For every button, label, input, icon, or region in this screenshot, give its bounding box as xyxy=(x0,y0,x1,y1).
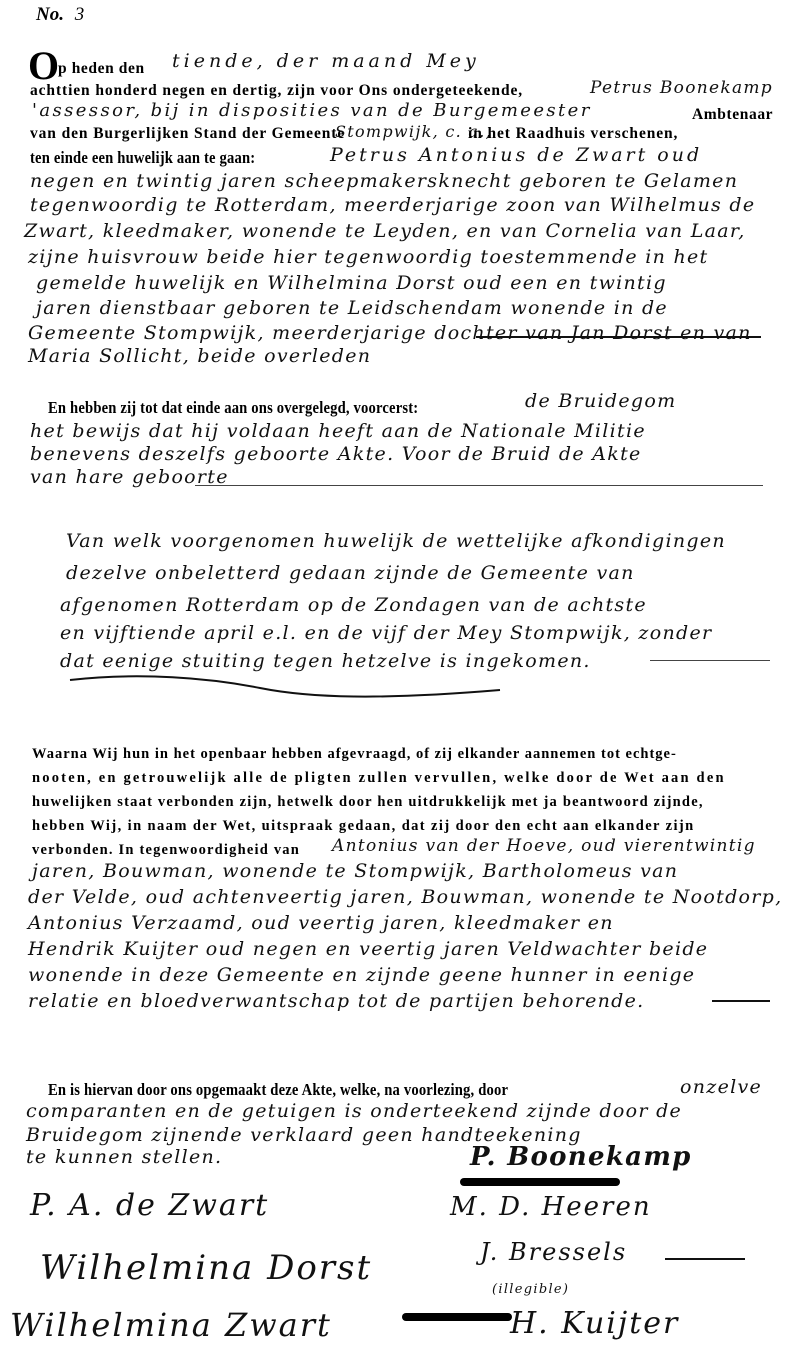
witness-first-handwritten: Antonius van der Hoeve, oud vierentwinti… xyxy=(332,836,756,856)
intro-printed-1: p heden den xyxy=(58,60,145,78)
closing-line: te kunnen stellen. xyxy=(26,1146,222,1168)
details-line: negen en twintig jaren scheepmakersknech… xyxy=(30,170,738,192)
intro-printed-2: achttien honderd negen en dertig, zijn v… xyxy=(30,82,523,100)
proclamation-line: afgenomen Rotterdam op de Zondagen van d… xyxy=(60,594,647,616)
proclamation-line: en vijftiende april e.l. en de vijf der … xyxy=(60,622,712,644)
signature-groom: P. A. de Zwart xyxy=(30,1188,269,1223)
witness-printed: verbonden. In tegenwoordigheid van xyxy=(32,842,300,859)
closing-printed: En is hiervan door ons opgemaakt deze Ak… xyxy=(48,1080,508,1100)
signature-witness-4: H. Kuijter xyxy=(510,1306,679,1341)
details-line: Gemeente Stompwijk, meerderjarige dochte… xyxy=(28,322,752,344)
official-name-handwritten: Petrus Boonekamp xyxy=(590,78,773,98)
fill-rule xyxy=(195,485,763,486)
details-line: tegenwoordig te Rotterdam, meerderjarige… xyxy=(30,194,755,216)
proclamation-line: Van welk voorgenomen huwelijk de wetteli… xyxy=(66,530,726,552)
documents-line: benevens deszelfs geboorte Akte. Voor de… xyxy=(30,443,642,465)
official-role-handwritten: 'assessor, bij in disposities van de Bur… xyxy=(32,100,592,121)
witness-line: Hendrik Kuijter oud negen en veertig jar… xyxy=(28,938,708,960)
details-line: Maria Sollicht, beide overleden xyxy=(28,345,371,367)
closing-hand: onzelve xyxy=(680,1076,762,1098)
signature-witness-2: J. Bressels xyxy=(480,1238,627,1266)
signature-witness-3: (illegible) xyxy=(492,1282,569,1297)
documents-line: het bewijs dat hij voldaan heeft aan de … xyxy=(30,420,646,442)
ceremony-line: Waarna Wij hun in het openbaar hebben af… xyxy=(32,746,677,763)
intro-printed-4b: in het Raadhuis verschenen, xyxy=(468,125,678,143)
fill-rule xyxy=(476,336,761,338)
dropcap: O xyxy=(28,46,59,86)
signature-witness-1: M. D. Heeren xyxy=(450,1192,652,1222)
details-line: gemelde huwelijk en Wilhelmina Dorst oud… xyxy=(36,272,667,294)
flourish xyxy=(60,660,520,700)
record-number-value: 3 xyxy=(75,4,85,25)
witness-line: der Velde, oud achtenveertig jaren, Bouw… xyxy=(28,886,782,908)
record-number: No. 3 xyxy=(36,4,84,26)
ink-stroke xyxy=(402,1313,512,1321)
details-line: jaren dienstbaar geboren te Leidschendam… xyxy=(36,297,668,319)
fill-rule xyxy=(665,1258,745,1260)
ink-stroke xyxy=(460,1178,620,1186)
witness-line: relatie en bloedverwantschap tot de part… xyxy=(28,990,645,1012)
ceremony-line: huwelijken staat verbonden zijn, hetwelk… xyxy=(32,794,704,811)
marriage-record-page: No. 3 O p heden den tiende, der maand Me… xyxy=(0,0,800,1368)
signature-bride: Wilhelmina Dorst xyxy=(40,1248,372,1288)
fill-rule xyxy=(650,660,770,661)
groom-name-handwritten: Petrus Antonius de Zwart oud xyxy=(330,144,702,166)
ceremony-line: hebben Wij, in naam der Wet, uitspraak g… xyxy=(32,818,695,835)
intro-printed-4: van den Burgerlijken Stand der Gemeente xyxy=(30,125,345,143)
intro-printed-3: Ambtenaar xyxy=(692,106,773,124)
details-line: Zwart, kleedmaker, wonende te Leyden, en… xyxy=(24,220,746,242)
details-line: zijne huisvrouw beide hier tegenwoordig … xyxy=(28,246,708,268)
fill-rule xyxy=(712,1000,770,1002)
documents-line: de Bruidegom xyxy=(525,390,676,412)
witness-line: jaren, Bouwman, wonende te Stompwijk, Ba… xyxy=(32,860,678,882)
proclamation-line: dezelve onbeletterd gedaan zijnde de Gem… xyxy=(66,562,635,584)
signature-official: P. Boonekamp xyxy=(470,1142,692,1172)
intro-date-handwritten: tiende, der maand Mey xyxy=(172,50,480,72)
record-number-label: No. xyxy=(36,4,64,25)
closing-line: comparanten en de getuigen is onderteeke… xyxy=(26,1100,682,1122)
documents-printed: En hebben zij tot dat einde aan ons over… xyxy=(48,398,418,418)
signature-third: Wilhelmina Zwart xyxy=(10,1306,332,1344)
witness-line: wonende in deze Gemeente en zijnde geene… xyxy=(28,964,695,986)
intro-printed-5: ten einde een huwelijk aan te gaan: xyxy=(30,148,255,168)
witness-line: Antonius Verzaamd, oud veertig jaren, kl… xyxy=(28,912,614,934)
ceremony-line: nooten, en getrouwelijk alle de pligten … xyxy=(32,770,726,787)
